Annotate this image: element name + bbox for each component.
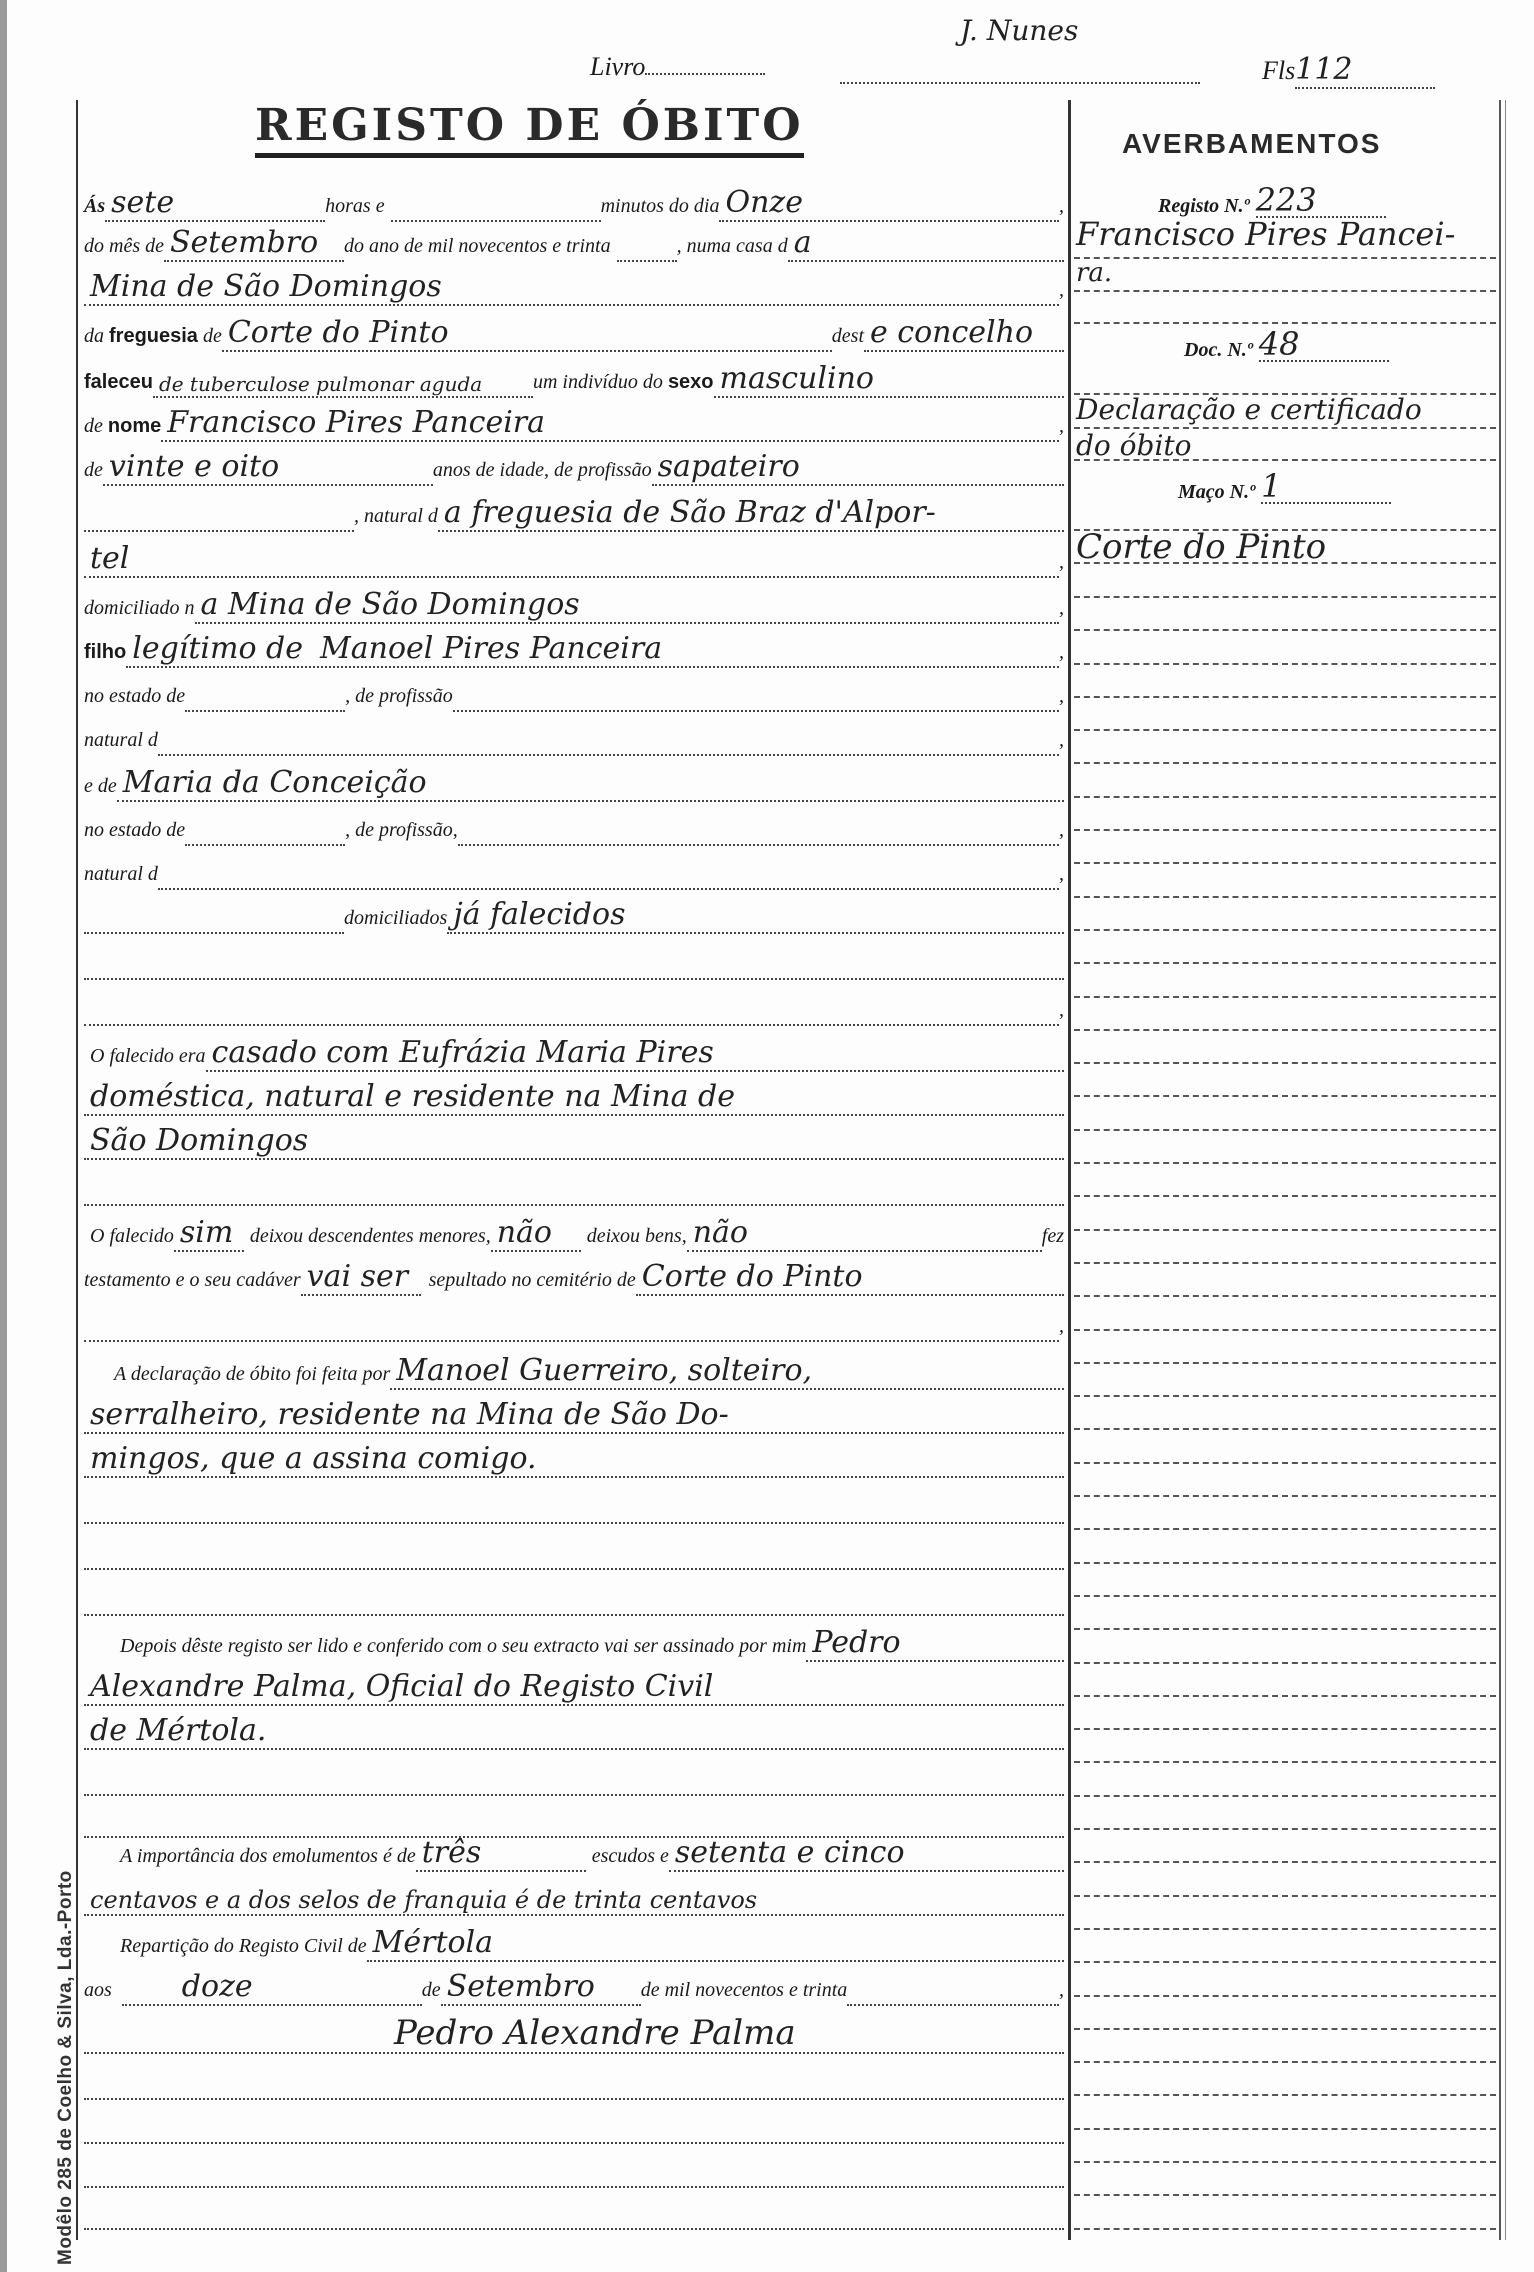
averbamento-line bbox=[1074, 1728, 1496, 1730]
minutes-label: minutos do dia bbox=[601, 195, 720, 222]
date-month-value: Setembro bbox=[441, 1972, 601, 2002]
read-value-3: de Mértola. bbox=[84, 1716, 272, 1746]
read-label: Depois dêste registo ser lido e conferid… bbox=[84, 1635, 806, 1662]
fees-cents-value: setenta e cinco bbox=[669, 1838, 911, 1868]
averbamento-line bbox=[1074, 1562, 1496, 1564]
page-title: REGISTO DE ÓBITO bbox=[255, 100, 804, 158]
row-natural-cont: tel , bbox=[84, 538, 1064, 578]
averbamento-line bbox=[1074, 896, 1496, 898]
declaration-label: A declaração de óbito foi feita por bbox=[84, 1363, 390, 1390]
averbamento-line bbox=[1074, 1761, 1496, 1763]
house-value: a bbox=[788, 228, 818, 258]
read-value: Pedro bbox=[806, 1628, 906, 1658]
averbamento-line bbox=[1074, 996, 1496, 998]
mother-state-label: no estado de bbox=[84, 819, 185, 846]
desc-label: O falecido bbox=[84, 1225, 174, 1252]
row-father-natural: natural d , bbox=[84, 716, 1064, 756]
marital-label: O falecido era bbox=[84, 1045, 206, 1072]
averbamento-line bbox=[1074, 2194, 1496, 2196]
row-blank-1 bbox=[84, 940, 1064, 980]
averbamento-line bbox=[1074, 929, 1496, 931]
father-value: Manoel Pires Panceira bbox=[314, 634, 668, 664]
registo-name-cont: ra. bbox=[1076, 260, 1112, 286]
office-label: Repartição do Registo Civil de bbox=[84, 1935, 367, 1962]
averbamento-line bbox=[1074, 1995, 1496, 1997]
burial-value: vai ser bbox=[301, 1262, 414, 1292]
domiciled-label: domiciliados bbox=[344, 907, 447, 934]
read-value-2: Alexandre Palma, Oficial do Registo Civi… bbox=[84, 1672, 719, 1702]
livro-value bbox=[645, 73, 765, 75]
row-blank-12 bbox=[84, 2148, 1064, 2188]
signature-top-field: J. Nunes bbox=[840, 52, 1200, 84]
averbamento-line bbox=[1074, 862, 1496, 864]
averbamento-line bbox=[1074, 2061, 1496, 2063]
averbamento-line bbox=[1074, 729, 1496, 731]
day-value: Onze bbox=[719, 188, 808, 218]
age-label: anos de idade, de profissão bbox=[433, 459, 652, 486]
averbamento-line bbox=[1074, 2128, 1496, 2130]
natural-value-cont: tel bbox=[84, 544, 135, 574]
sex-value: masculino bbox=[714, 364, 880, 394]
name-value: Francisco Pires Panceira bbox=[161, 408, 551, 438]
row-read-2: Alexandre Palma, Oficial do Registo Civi… bbox=[84, 1666, 1064, 1706]
month-value: Setembro bbox=[164, 228, 324, 258]
date-year-label: de mil novecentos e trinta bbox=[641, 1979, 848, 2006]
row-natural: , natural d a freguesia de São Braz d'Al… bbox=[84, 492, 1064, 532]
fees-value-2: centavos e a dos selos de franquia é de … bbox=[84, 1888, 763, 1912]
maco-number-field: Maço N.º 1 bbox=[1074, 470, 1534, 504]
printer-imprint: Modêlo 285 de Coelho & Silva, Lda.-Porto bbox=[55, 1870, 77, 2265]
cemetery-value: Corte do Pinto bbox=[636, 1262, 869, 1292]
frame-right-border bbox=[1499, 100, 1501, 2240]
parish-de: de bbox=[203, 325, 222, 352]
row-blank-7 bbox=[84, 1576, 1064, 1616]
livro-field: Livro bbox=[590, 52, 765, 82]
mother-profession-label: , de profissão, bbox=[345, 819, 458, 846]
averbamento-line bbox=[1074, 596, 1496, 598]
row-time: Ás sete horas e minutos do dia Onze , bbox=[84, 182, 1064, 222]
declaration-value-3: mingos, que a assina comigo. bbox=[84, 1444, 543, 1474]
father-state-label: no estado de bbox=[84, 685, 185, 712]
averbamento-line bbox=[1074, 1928, 1496, 1930]
will-text: fez bbox=[1042, 1225, 1064, 1252]
escudos-label: escudos e bbox=[586, 1845, 669, 1872]
natural-label: , natural d bbox=[354, 505, 438, 532]
averbamento-line bbox=[1074, 1828, 1496, 1830]
mother-natural-label: natural d bbox=[84, 863, 158, 890]
row-marital-3: São Domingos bbox=[84, 1120, 1064, 1160]
son-label: filho bbox=[84, 641, 126, 668]
averbamento-line bbox=[1074, 796, 1496, 798]
imprint-model-number: 285 bbox=[55, 2157, 76, 2190]
averbamento-line bbox=[1074, 2094, 1496, 2096]
row-date: aos doze de Setembro de mil novecentos e… bbox=[84, 1966, 1064, 2006]
doc-number-field: Doc. N.º 48 bbox=[1074, 328, 1534, 362]
averbamento-line bbox=[1074, 1362, 1496, 1364]
averbamento-line bbox=[1074, 1329, 1496, 1331]
marital-value: casado com Eufrázia Maria Pires bbox=[206, 1038, 720, 1068]
averbamento-line bbox=[1074, 1795, 1496, 1797]
averbamento-line bbox=[1074, 562, 1496, 564]
averbamento-line bbox=[1074, 1462, 1496, 1464]
goods-value: não bbox=[491, 1218, 558, 1248]
year-label: do ano de mil novecentos e trinta bbox=[344, 235, 611, 262]
domicile-label: domiciliado n bbox=[84, 597, 195, 624]
averbamento-line bbox=[1074, 1662, 1496, 1664]
desc-value: sim bbox=[174, 1218, 239, 1248]
row-marital: O falecido era casado com Eufrázia Maria… bbox=[84, 1032, 1064, 1072]
domiciled-value: já falecidos bbox=[447, 900, 631, 930]
declaration-value-2: serralheiro, residente na Mina de São Do… bbox=[84, 1400, 735, 1430]
averbamento-line bbox=[1074, 1162, 1496, 1164]
averbamento-line bbox=[1074, 2028, 1496, 2030]
averbamento-line bbox=[1074, 1595, 1496, 1597]
averbamento-line bbox=[1074, 1528, 1496, 1530]
name-prefix: de bbox=[84, 415, 103, 442]
mother-value: Maria da Conceição bbox=[117, 768, 433, 798]
averbamento-line bbox=[1074, 459, 1496, 461]
doc-label: Doc. N.º bbox=[1184, 339, 1253, 362]
row-mother: e de Maria da Conceição bbox=[84, 762, 1064, 802]
row-blank-6 bbox=[84, 1530, 1064, 1570]
doc-description: Declaração e certificado bbox=[1076, 396, 1422, 424]
council-label: dest bbox=[832, 325, 864, 352]
official-signature: Pedro Alexandre Palma bbox=[84, 2016, 802, 2050]
averbamento-line bbox=[1074, 1428, 1496, 1430]
doc-value: 48 bbox=[1259, 328, 1389, 362]
goods-text: deixou bens, bbox=[581, 1225, 687, 1252]
averbamento-line bbox=[1074, 1262, 1496, 1264]
date-month-de: de bbox=[422, 1979, 441, 2006]
averbamento-line bbox=[1074, 1295, 1496, 1297]
averbamento-line bbox=[1074, 629, 1496, 631]
page-edge-shadow bbox=[0, 0, 7, 2272]
fees-label: A importância dos emolumentos é de bbox=[84, 1845, 416, 1872]
averbamento-line bbox=[1074, 1895, 1496, 1897]
row-name: de nome Francisco Pires Panceira , bbox=[84, 402, 1064, 442]
marital-value-3: São Domingos bbox=[84, 1126, 314, 1156]
averbamento-line bbox=[1074, 257, 1496, 259]
sex-label: sexo bbox=[668, 371, 714, 398]
averbamento-line bbox=[1074, 1495, 1496, 1497]
maco-value: 1 bbox=[1261, 470, 1391, 504]
row-declaration-2: serralheiro, residente na Mina de São Do… bbox=[84, 1394, 1064, 1434]
row-mother-natural: natural d , bbox=[84, 850, 1064, 890]
date-prefix: aos bbox=[84, 1979, 112, 2006]
row-blank-5 bbox=[84, 1484, 1064, 1524]
hours-value: sete bbox=[105, 188, 180, 218]
row-fees: A importância dos emolumentos é de três … bbox=[84, 1832, 1064, 1872]
averbamento-line bbox=[1074, 1961, 1496, 1963]
maco-place: Corte do Pinto bbox=[1076, 530, 1326, 564]
name-label: nome bbox=[108, 415, 161, 442]
age-prefix: de bbox=[84, 459, 103, 486]
averbamento-line bbox=[1074, 1395, 1496, 1397]
cause-value: de tuberculose pulmonar aguda bbox=[153, 374, 488, 394]
averbamento-line bbox=[1074, 1695, 1496, 1697]
averbamento-line bbox=[1074, 1095, 1496, 1097]
row-father-state: no estado de , de profissão , bbox=[84, 672, 1064, 712]
row-office: Repartição do Registo Civil de Mértola bbox=[84, 1922, 1064, 1962]
frame-right-border-inner bbox=[1505, 100, 1506, 2240]
son-value: legítimo de bbox=[126, 634, 309, 664]
row-marital-2: doméstica, natural e residente na Mina d… bbox=[84, 1076, 1064, 1116]
hours-label: horas e bbox=[325, 195, 384, 222]
averbamento-line bbox=[1074, 1229, 1496, 1231]
declaration-value: Manoel Guerreiro, solteiro, bbox=[390, 1356, 818, 1386]
averbamento-line bbox=[1074, 290, 1496, 292]
averbamento-line bbox=[1074, 1861, 1496, 1863]
fees-value: três bbox=[416, 1838, 488, 1868]
row-blank-13 bbox=[84, 2190, 1064, 2230]
place-value: Mina de São Domingos bbox=[84, 272, 448, 302]
row-cause: faleceu de tuberculose pulmonar aguda um… bbox=[84, 358, 1064, 398]
father-profession-label: , de profissão bbox=[345, 685, 453, 712]
averbamento-line bbox=[1074, 663, 1496, 665]
livro-label: Livro bbox=[590, 52, 645, 81]
row-month: do mês de Setembro do ano de mil novecen… bbox=[84, 222, 1064, 262]
frame-column-divider bbox=[1068, 100, 1071, 2240]
cemetery-label: sepultado no cemitério de bbox=[421, 1269, 636, 1296]
council-value: e concelho bbox=[864, 318, 1039, 348]
parish-value: Corte do Pinto bbox=[222, 318, 455, 348]
row-declaration-3: mingos, que a assina comigo. bbox=[84, 1438, 1064, 1478]
row-blank-8 bbox=[84, 1756, 1064, 1796]
registo-number-field: Registo N.º 223 bbox=[1074, 184, 1534, 218]
row-read: Depois dêste registo ser lido e conferid… bbox=[84, 1622, 1064, 1662]
father-natural-label: natural d bbox=[84, 729, 158, 756]
row-fees-2: centavos e a dos selos de franquia é de … bbox=[84, 1876, 1064, 1916]
registo-name: Francisco Pires Pancei- bbox=[1076, 218, 1455, 250]
parish-label: freguesia bbox=[109, 325, 198, 352]
row-parish: da freguesia de Corte do Pinto dest e co… bbox=[84, 312, 1064, 352]
row-place: Mina de São Domingos , bbox=[84, 266, 1064, 306]
row-blank-11 bbox=[84, 2104, 1064, 2144]
row-burial: testamento e o seu cadáver vai ser sepul… bbox=[84, 1256, 1064, 1296]
row-blank-3 bbox=[84, 1166, 1064, 1206]
averbamento-line bbox=[1074, 1628, 1496, 1630]
age-value: vinte e oito bbox=[103, 452, 285, 482]
mother-label: e de bbox=[84, 775, 117, 802]
row-son: filho legítimo de Manoel Pires Panceira … bbox=[84, 628, 1064, 668]
fls-field: Fls112 bbox=[1262, 52, 1435, 89]
as-label: Ás bbox=[84, 195, 105, 222]
office-value: Mértola bbox=[367, 1928, 499, 1958]
imprint-prefix: Modêlo bbox=[55, 2196, 76, 2266]
averbamento-line bbox=[1074, 762, 1496, 764]
signature-top: J. Nunes bbox=[960, 14, 1078, 47]
month-label: do mês de bbox=[84, 235, 164, 262]
row-domicile: domiciliado n a Mina de São Domingos , bbox=[84, 584, 1064, 624]
testament-label: testamento e o seu cadáver bbox=[84, 1269, 301, 1296]
parish-prefix: da bbox=[84, 325, 104, 352]
averbamento-line bbox=[1074, 829, 1496, 831]
averbamento-line bbox=[1074, 1029, 1496, 1031]
profession-value: sapateiro bbox=[652, 452, 806, 482]
fls-label: Fls bbox=[1262, 56, 1295, 85]
row-mother-state: no estado de , de profissão, , bbox=[84, 806, 1064, 846]
marital-value-2: doméstica, natural e residente na Mina d… bbox=[84, 1082, 741, 1112]
averbamento-line bbox=[1074, 1129, 1496, 1131]
desc-text: deixou descendentes menores, bbox=[244, 1225, 491, 1252]
will-value: não bbox=[687, 1218, 754, 1248]
natural-value: a freguesia de São Braz d'Alpor- bbox=[438, 498, 942, 528]
date-day-value: doze bbox=[122, 1972, 259, 2002]
averbamento-line bbox=[1074, 2161, 1496, 2163]
died-label: faleceu bbox=[84, 371, 153, 398]
averbamento-line bbox=[1074, 2228, 1496, 2230]
averbamento-line bbox=[1074, 1062, 1496, 1064]
row-blank-4: , bbox=[84, 1302, 1064, 1342]
row-read-3: de Mértola. bbox=[84, 1710, 1064, 1750]
row-age: de vinte e oito anos de idade, de profis… bbox=[84, 446, 1064, 486]
domicile-value: a Mina de São Domingos bbox=[195, 590, 586, 620]
averbamento-line bbox=[1074, 962, 1496, 964]
imprint-suffix: de Coelho & Silva, Lda.-Porto bbox=[55, 1870, 76, 2151]
individual-label: um indivíduo do bbox=[533, 371, 663, 398]
row-domiciled: domiciliados já falecidos bbox=[84, 894, 1064, 934]
maco-label: Maço N.º bbox=[1178, 481, 1255, 504]
averbamentos-title: AVERBAMENTOS bbox=[1122, 128, 1381, 160]
fls-value: 112 bbox=[1295, 52, 1435, 89]
row-blank-10 bbox=[84, 2060, 1064, 2100]
house-label: , numa casa d bbox=[677, 235, 788, 262]
averbamento-line bbox=[1074, 1195, 1496, 1197]
row-descendants: O falecido sim deixou descendentes menor… bbox=[84, 1212, 1064, 1252]
averbamento-line bbox=[1074, 696, 1496, 698]
row-signature: Pedro Alexandre Palma bbox=[84, 2014, 1064, 2054]
averbamento-line bbox=[1074, 322, 1496, 324]
row-declaration: A declaração de óbito foi feita por Mano… bbox=[84, 1350, 1064, 1390]
registo-value: 223 bbox=[1256, 184, 1386, 218]
row-blank-2: , bbox=[84, 986, 1064, 1026]
frame-left-border bbox=[76, 100, 78, 2240]
doc-description-cont: do óbito bbox=[1076, 432, 1192, 460]
